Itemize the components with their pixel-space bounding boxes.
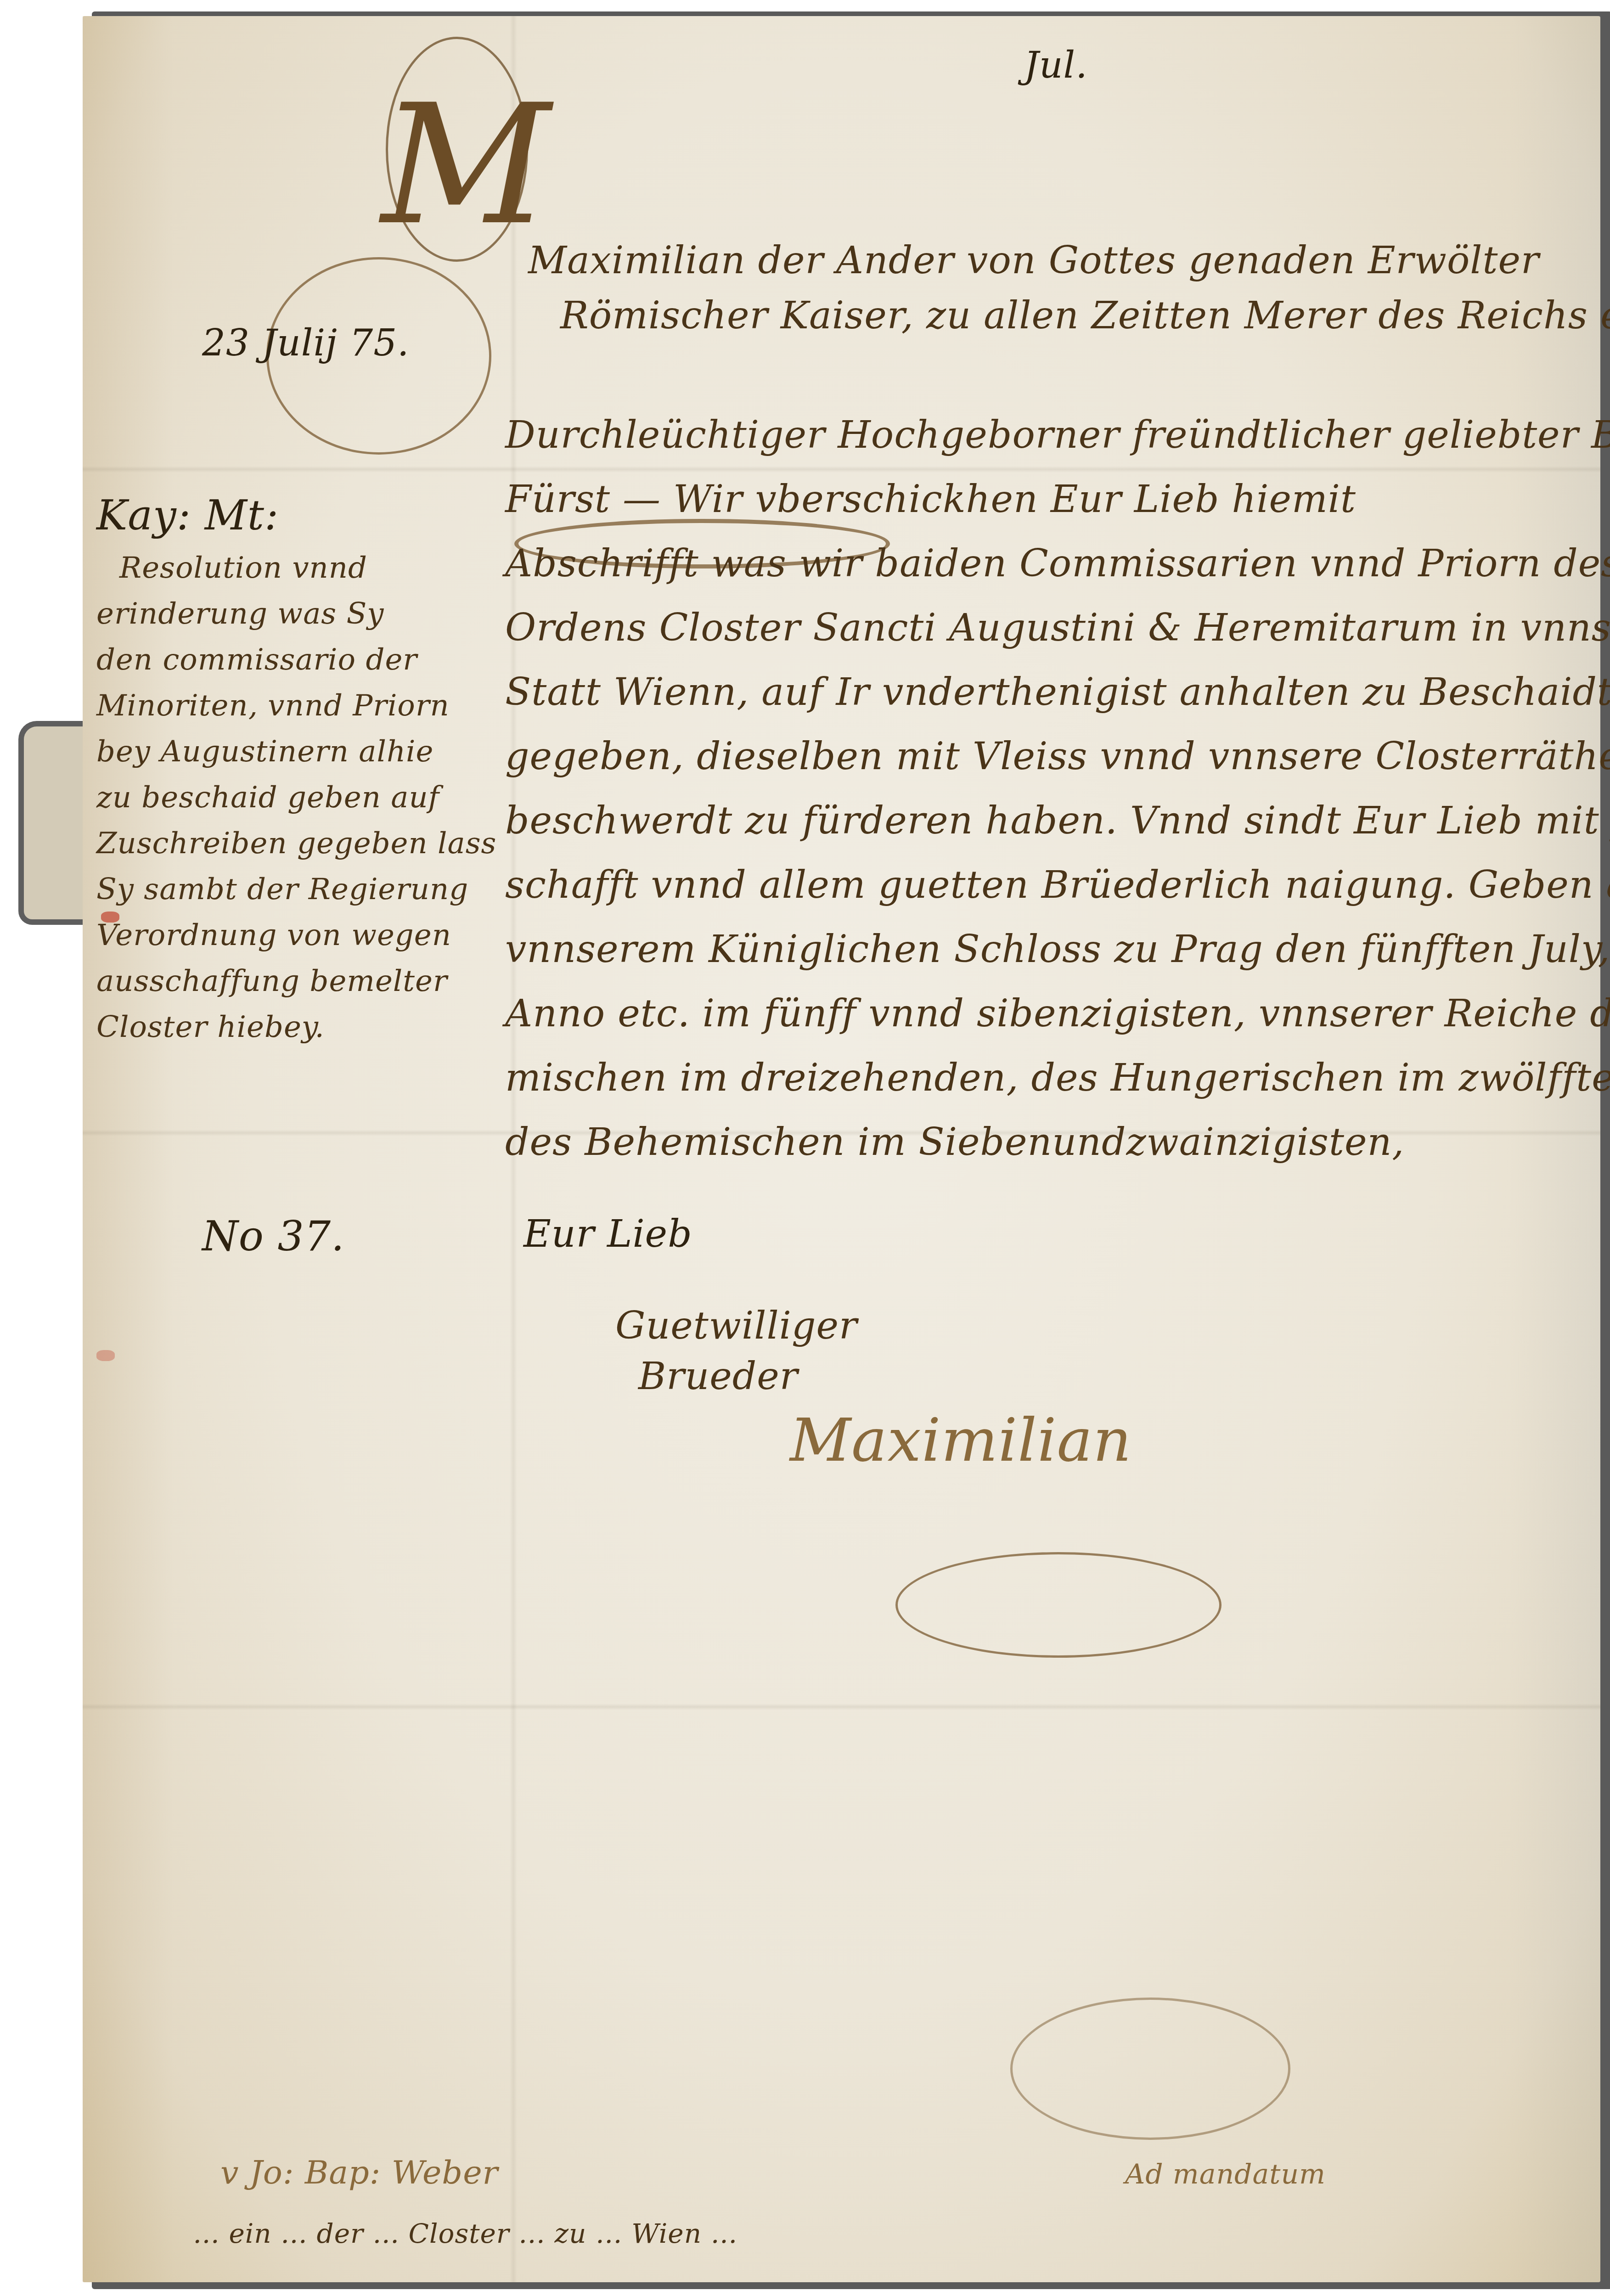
margin-line: erinderung was Sy — [96, 597, 384, 631]
body-line: Abschrifft was wir baiden Commissarien v… — [505, 542, 1610, 585]
body-line: vnnserem Küniglichen Schloss zu Prag den… — [505, 928, 1610, 971]
title-line: Maximilian der Ander von Gottes genaden … — [528, 239, 1539, 282]
initial-letter: M — [381, 69, 551, 261]
margin-line: den commissario der — [96, 643, 417, 677]
body-line: Durchleüchtiger Hochgeborner freündtlich… — [505, 413, 1610, 457]
closing-line: Brueder — [638, 1355, 798, 1398]
date-note: 23 Julij 75. — [202, 321, 409, 364]
countersign-flourish — [1010, 1998, 1290, 2140]
countersignature: Ad mandatum — [1125, 2158, 1326, 2190]
body-line: beschwerdt zu fürderen haben. Vnnd sindt… — [505, 799, 1610, 843]
fold-line — [83, 1704, 1600, 1710]
body-line: Ordens Closter Sancti Augustini & Heremi… — [505, 606, 1610, 650]
document-number: No 37. — [202, 1212, 345, 1261]
body-line: des Behemischen im Siebenundzwainzigiste… — [505, 1120, 1404, 1164]
title-line: Römischer Kaiser, zu allen Zeitten Merer… — [560, 294, 1610, 338]
margin-heading: Kay: Mt: — [96, 491, 279, 540]
closing-line: Guetwilliger — [615, 1304, 857, 1348]
footer-line: … ein … der … Closter … zu … Wien … — [193, 2218, 737, 2249]
body-line: schafft vnnd allem guetten Brüederlich n… — [505, 863, 1610, 907]
margin-line: ausschaffung bemelter — [96, 964, 447, 998]
margin-line: Verordnung von wegen — [96, 918, 451, 952]
margin-line: zu beschaid geben auf — [96, 781, 439, 815]
body-line: gegeben, dieselben mit Vleiss vnnd vnnse… — [505, 735, 1610, 778]
margin-line: Closter hiebey. — [96, 1010, 325, 1044]
margin-line: Minoriten, vnnd Priorn — [96, 689, 450, 723]
margin-line: Zuschreiben gegeben lass — [96, 827, 496, 861]
closing-salutation: Eur Lieb — [524, 1212, 692, 1256]
margin-line: Sy sambt der Regierung — [96, 872, 468, 906]
footer-note: v Jo: Bap: Weber — [220, 2154, 498, 2191]
body-line: mischen im dreizehenden, des Hungerische… — [505, 1056, 1610, 1100]
red-wax-mark — [96, 1350, 115, 1361]
margin-line: Resolution vnnd — [119, 551, 367, 585]
signature-flourish — [895, 1552, 1222, 1658]
body-line: Fürst — Wir vberschickhen Eur Lieb hiemi… — [505, 478, 1356, 521]
body-line: Anno etc. im fünff vnnd sibenzigisten, v… — [505, 992, 1610, 1035]
fold-line — [83, 466, 1600, 473]
body-line: Statt Wienn, auf Ir vnderthenigist anhal… — [505, 670, 1610, 714]
margin-line: bey Augustinern alhie — [96, 735, 433, 769]
header-note: Jul. — [1024, 44, 1088, 86]
signature: Maximilian — [790, 1405, 1132, 1475]
